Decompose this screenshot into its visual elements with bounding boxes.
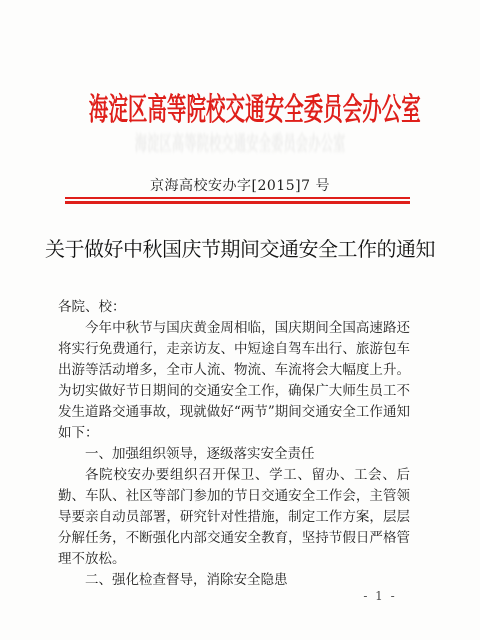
document-title: 关于做好中秋国庆节期间交通安全工作的通知 [0,233,480,262]
section-heading-1: 一、加强组织领导，逐级落实安全责任 [58,444,410,465]
letterhead-bleed-ghost: 海淀区高等院校交通安全委员会办公室 [91,127,389,156]
page-number: - 1 - [351,589,409,603]
document-number: 京海高校安办字[2015]7 号 [0,175,480,195]
document-body: 各院、校： 今年中秋节与国庆黄金周相临，国庆期间全国高速路还将实行免费通行，走亲… [58,297,410,591]
red-separator-line [65,197,410,204]
letterhead-title: 海淀区高等院校交通安全委员会办公室 [89,84,391,129]
section-heading-2: 二、强化检查督导，消除安全隐患 [58,570,410,591]
document-page: 海淀区高等院校交通安全委员会办公室 海淀区高等院校交通安全委员会办公室 京海高校… [0,0,480,640]
salutation: 各院、校： [58,297,410,318]
paragraph-section-1: 各院校安办要组织召开保卫、学工、留办、工会、后勤、车队、社区等部门参加的节日交通… [58,465,410,570]
paragraph-intro: 今年中秋节与国庆黄金周相临，国庆期间全国高速路还将实行免费通行，走亲访友、中短途… [58,318,410,444]
